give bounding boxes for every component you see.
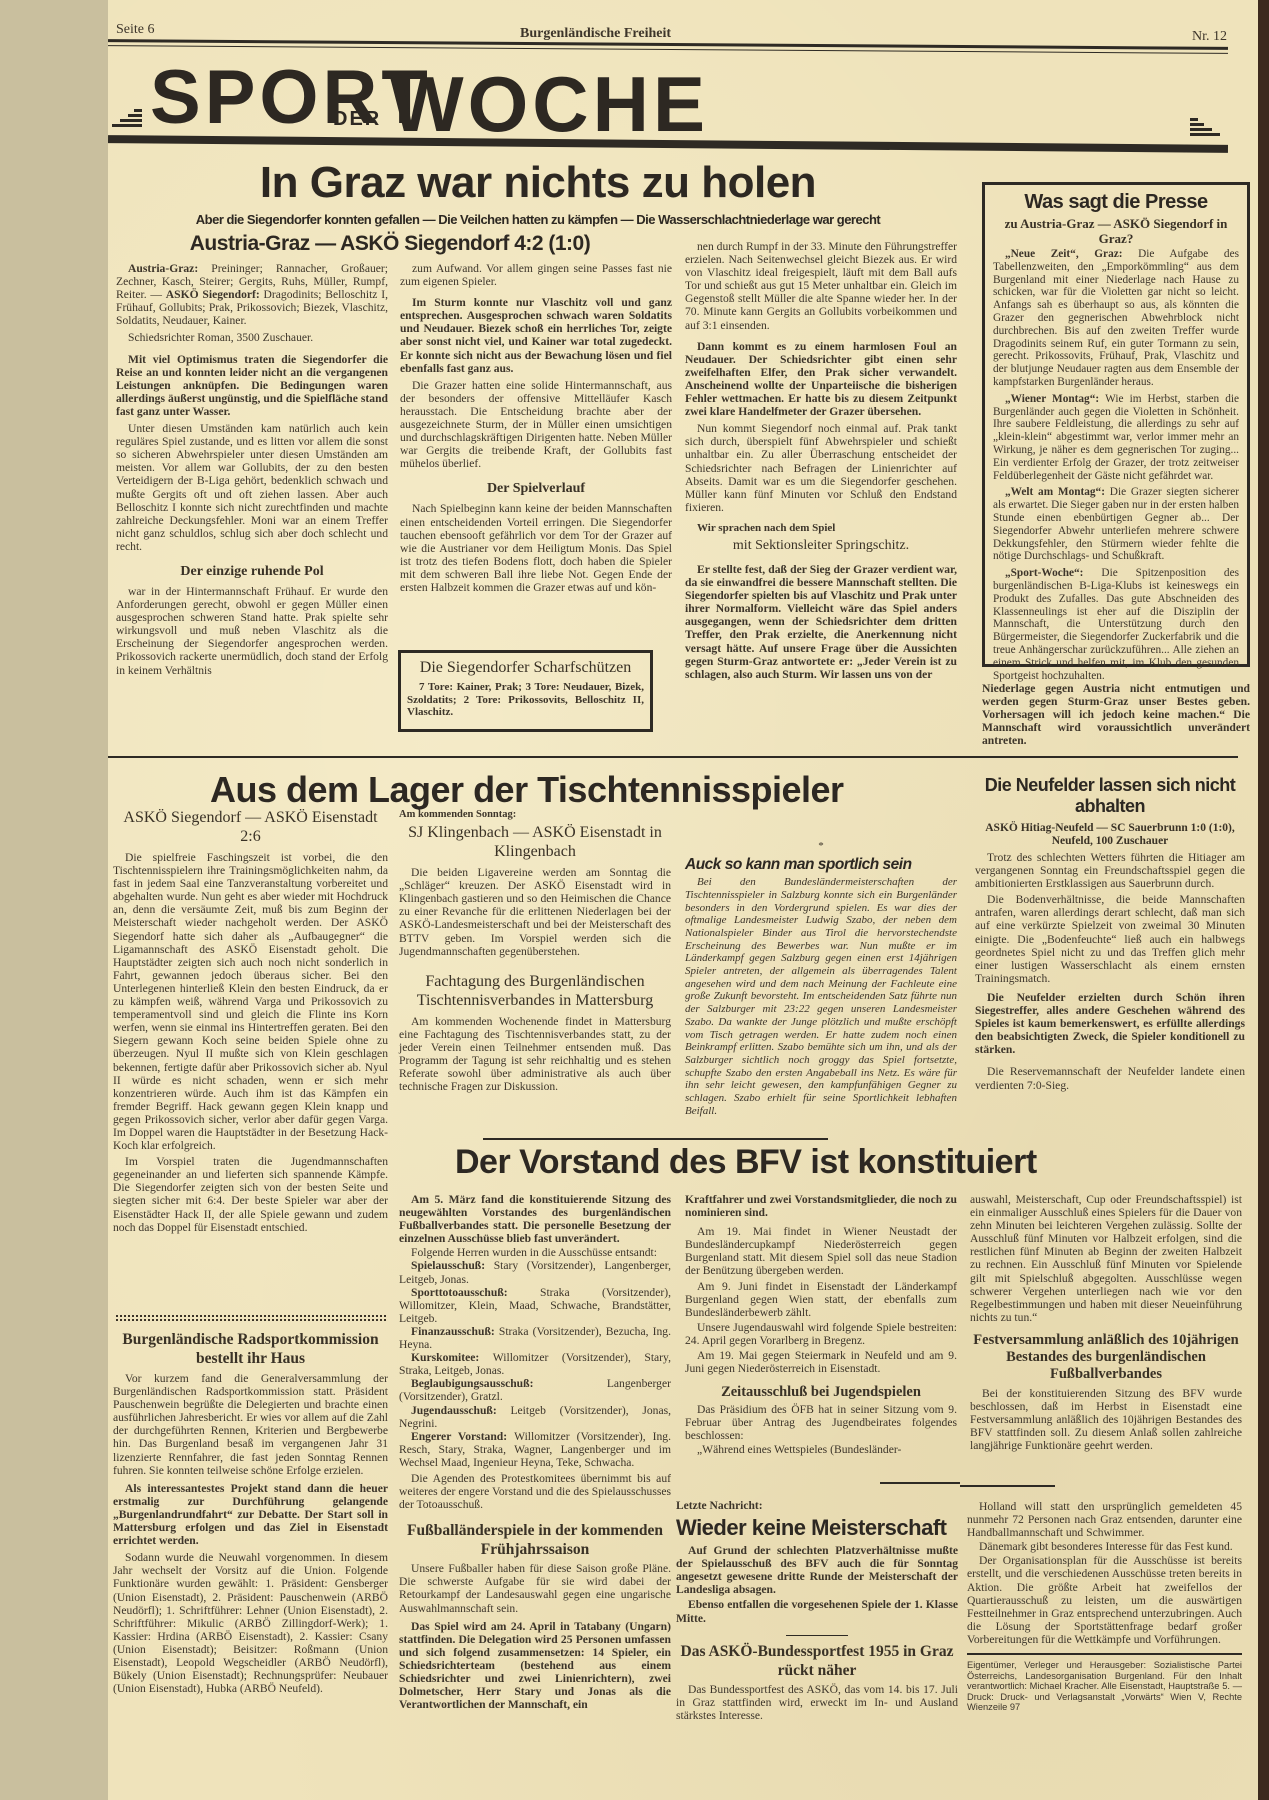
bfv-intro: Am 5. März fand die konstituierende Sitz… [399, 1193, 671, 1245]
latest-news-kicker: Letzte Nachricht: [676, 1500, 958, 1513]
zeit-title: Zeitausschluß bei Jugendspielen [685, 1383, 957, 1401]
laender-title: Fußballänderspiele in der kommenden Früh… [399, 1521, 671, 1559]
committee-entry: Sporttotoausschuß: Straka (Vorsitzender)… [399, 1286, 671, 1325]
committee-entry: Finanzausschuß: Straka (Vorsitzender), B… [399, 1325, 671, 1351]
banner-der: DER [333, 108, 381, 131]
radsport-p3: Sodann wurde die Neuwahl vorgenommen. In… [113, 1551, 388, 1695]
article-paragraph: war in der Hintermannschaft Frühauf. Er … [116, 585, 388, 677]
tt-a1-p2: Im Vorspiel traten die Jugendmannschafte… [113, 1155, 388, 1234]
scorers-box: Die Siegendorfer Scharfschützen 7 Tore: … [398, 650, 653, 732]
laender-p2: Das Spiel wird am 24. April in Tatabany … [399, 1620, 671, 1712]
lead-column-2: zum Aufwand. Vor allem gingen seine Pass… [400, 262, 672, 594]
bfv-column-1: Am 5. März fand die konstituierende Sitz… [399, 1193, 671, 1711]
lineup-paragraph: Austria-Graz: Preininger; Rannacher, Gro… [116, 262, 388, 327]
article-paragraph: Die Grazer hatten eine solide Hintermann… [400, 379, 672, 471]
section-subheading: mit Sektionsleiter Springschitz. [685, 537, 957, 555]
tt-a3-title: Fachtagung des Burgenländischen Tischten… [399, 972, 671, 1010]
askoe-fest-continued: Holland will statt den ursprünglich geme… [967, 1500, 1242, 1713]
latest-news: Letzte Nachricht: Wieder keine Meistersc… [676, 1500, 958, 1722]
press-quote: „Welt am Montag“: Die Grazer siegten sic… [993, 486, 1239, 563]
section-rule [108, 756, 1238, 758]
tt-a2-title: SJ Klingenbach — ASKÖ Eisenstadt in Klin… [399, 823, 671, 861]
article-paragraph: Schiedsrichter Roman, 3500 Zuschauer. [116, 331, 388, 344]
radsport-title: Burgenländische Radsportkommission beste… [113, 1330, 388, 1368]
neufeld-p1: Trotz des schlechten Wetters führten die… [975, 851, 1245, 890]
bfv-col2-p4: Unsere Jugendauswahl wird folgende Spiel… [685, 1321, 957, 1347]
latest-news-rule [786, 1635, 848, 1636]
press-title: Was sagt die Presse [993, 191, 1239, 214]
article-paragraph: Im Sturm konnte nur Vlaschitz voll und g… [400, 296, 672, 375]
tt-article-1: ASKÖ Siegendorf — ASKÖ Eisenstadt 2:6 Di… [113, 808, 388, 1234]
laender-p1: Unsere Fußballer haben für diese Saison … [399, 1562, 671, 1614]
lead-score-line: Austria-Graz — ASKÖ Siegendorf 4:2 (1:0) [110, 232, 670, 256]
press-quote-source: „Neue Zeit“, Graz: [1005, 248, 1138, 260]
fest-rule [960, 1485, 1055, 1487]
radsport-p2: Als interessantestes Projekt stand dann … [113, 1482, 388, 1547]
wavy-divider [116, 1315, 386, 1321]
askoe-fest-p3: Dänemark gibt besonderes Interesse für d… [967, 1540, 1242, 1553]
press-box: Was sagt die Presse zu Austria-Graz — AS… [982, 182, 1250, 667]
section-kicker: Wir sprachen nach dem Spiel [685, 522, 957, 535]
press-quote-source: „Wiener Montag“: [1005, 393, 1105, 405]
latest-news-p1: Auf Grund der schlechten Platzverhältnis… [676, 1544, 958, 1596]
bfv-committees: Spielausschuß: Stary (Vorsitzender), Lan… [399, 1259, 671, 1469]
tt-a1-title: ASKÖ Siegendorf — ASKÖ Eisenstadt 2:6 [113, 808, 388, 846]
section-heading: Der einzige ruhende Pol [116, 563, 388, 581]
committee-entry: Jugendausschuß: Leitgeb (Vorsitzender), … [399, 1404, 671, 1430]
committee-entry: Engerer Vorstand: Willomitzer (Vorsitzen… [399, 1430, 671, 1469]
article-paragraph: Unter diesen Umständen kam natürlich auc… [116, 422, 388, 553]
tt-article-4: * Auck so kann man sportlich sein Bei de… [685, 818, 957, 1117]
press-quote-source: „Sport-Woche“: [1005, 567, 1101, 579]
askoe-fest-title: Das ASKÖ-Bundessportfest 1955 in Graz rü… [676, 1642, 958, 1680]
scorers-text: 7 Tore: Kainer, Prak; 3 Tore: Neudauer, … [407, 681, 644, 719]
bfv-column-3: auswahl, Meisterschaft, Cup oder Freunds… [970, 1193, 1242, 1452]
press-quote-source: „Welt am Montag“: [1005, 486, 1110, 498]
lead-column-1: Austria-Graz: Preininger; Rannacher, Gro… [116, 262, 388, 677]
bfv-protest: Die Agenden des Protestkomitees übernimm… [399, 1472, 671, 1511]
press-quote: „Neue Zeit“, Graz: Die Aufgabe des Tabel… [993, 248, 1239, 389]
lead-headline: In Graz war nichts zu holen [108, 160, 968, 206]
radsport-article: Burgenländische Radsportkommission beste… [113, 1330, 388, 1695]
bfv-col2-p5: Am 19. Mai gegen Steiermark in Neufeld u… [685, 1349, 957, 1375]
tt-a4-title: Auck so kann man sportlich sein [685, 856, 957, 874]
separator-asterisk: * [685, 840, 957, 853]
bfv-col3-p1: auswahl, Meisterschaft, Cup oder Freunds… [970, 1193, 1242, 1324]
askoe-fest-p2: Holland will statt den ursprünglich geme… [967, 1500, 1242, 1539]
bfv-column-2: Kraftfahrer und zwei Vorstandsmitglieder… [685, 1193, 957, 1456]
scorers-title: Die Siegendorfer Scharfschützen [407, 659, 644, 677]
issue-number: Nr. 12 [1192, 30, 1227, 43]
imprint-rule [967, 1653, 1242, 1655]
latest-news-title: Wieder keine Meisterschaft [676, 1515, 958, 1541]
banner-steps-right [1190, 118, 1220, 136]
article-paragraph: Er stellte fest, daß der Sieg der Grazer… [685, 563, 957, 681]
tt-a1-p1: Die spielfreie Faschingszeit ist vorbei,… [113, 851, 388, 1152]
lead-column-3: nen durch Rumpf in der 33. Minute den Fü… [685, 240, 957, 681]
article-paragraph: zum Aufwand. Vor allem gingen seine Pass… [400, 262, 672, 288]
askoe-fest-p4: Der Organisationsplan für die Ausschüsse… [967, 1554, 1242, 1646]
banner-woche: WOCHE [390, 64, 709, 144]
zeit-p1: Das Präsidium des ÖFB hat in seiner Sitz… [685, 1403, 957, 1442]
zeit-rule [880, 1482, 960, 1484]
bfv-col2-p2: Am 19. Mai findet in Wiener Neustadt der… [685, 1225, 957, 1277]
bfv-headline: Der Vorstand des BFV ist konstituiert [455, 1143, 1037, 1181]
page-edge [1258, 0, 1269, 1800]
bfv-col2-p3: Am 9. Juni findet in Eisenstadt der Länd… [685, 1280, 957, 1319]
tt-a3-text: Am kommenden Wochenende findet in Matter… [399, 1015, 671, 1094]
lead-subheadline: Aber die Siegendorfer konnten gefallen —… [108, 212, 968, 227]
newspaper-name: Burgenländische Freiheit [520, 27, 671, 40]
article-paragraph: Mit viel Optimismus traten die Siegendor… [116, 353, 388, 418]
zeit-p2: „Während eines Wettspieles (Bundesländer… [685, 1443, 957, 1456]
tt-a2-kicker: Am kommenden Sonntag: [399, 808, 671, 821]
bfv-col2-p1: Kraftfahrer und zwei Vorstandsmitglieder… [685, 1193, 957, 1219]
neufeld-p2: Die Bodenverhältnisse, die beide Mannsch… [975, 893, 1245, 985]
article-paragraph: nen durch Rumpf in der 33. Minute den Fü… [685, 240, 957, 332]
tt-headline: Aus dem Lager der Tischtennisspieler [210, 770, 844, 810]
tt-a4-text: Bei den Bundesländermeisterschaften der … [685, 876, 957, 1117]
neufeld-p4: Die Reservemannschaft der Neufelder land… [975, 1065, 1245, 1091]
committee-entry: Kurskomitee: Willomitzer (Vorsitzender),… [399, 1351, 671, 1377]
neufeld-article: Die Neufelder lassen sich nicht abhalten… [975, 775, 1245, 1092]
article-paragraph: Dann kommt es zu einem harmlosen Foul an… [685, 340, 957, 419]
press-quote: „Wiener Montag“: Wie im Herbst, starben … [993, 393, 1239, 483]
banner-steps-left [112, 109, 142, 127]
section-heading: Der Spielverlauf [400, 480, 672, 498]
neufeld-title: Die Neufelder lassen sich nicht abhalten [975, 775, 1245, 817]
tt-article-2: Am kommenden Sonntag: SJ Klingenbach — A… [399, 808, 671, 1093]
lead-continuation: Niederlage gegen Austria nicht entmutige… [982, 682, 1250, 747]
press-subtitle: zu Austria-Graz — ASKÖ Siegendorf in Gra… [1003, 216, 1229, 246]
article-paragraph: Nun kommt Siegendorf noch einmal auf. Pr… [685, 422, 957, 514]
page-number: Seite 6 [116, 23, 155, 36]
bfv-lead-in: Folgende Herren wurden in die Ausschüsse… [399, 1246, 671, 1259]
fest-p: Bei der konstituierenden Sitzung des BFV… [970, 1387, 1242, 1452]
latest-news-p2: Ebenso entfallen die vorgesehenen Spiele… [676, 1598, 958, 1624]
radsport-p1: Vor kurzem fand die Generalversammlung d… [113, 1372, 388, 1477]
neufeld-subtitle: ASKÖ Hitiag-Neufeld — SC Sauerbrunn 1:0 … [975, 822, 1245, 848]
neufeld-p3: Die Neufelder erzielten durch Schön ihre… [975, 991, 1245, 1056]
tt-a2-text: Die beiden Ligavereine werden am Sonntag… [399, 866, 671, 958]
askoe-fest-p1: Das Bundessportfest des ASKÖ, das vom 14… [676, 1683, 958, 1722]
press-quote: „Sport-Woche“: Die Spitzenposition des b… [993, 567, 1239, 682]
committee-entry: Spielausschuß: Stary (Vorsitzender), Lan… [399, 1259, 671, 1285]
press-quotes: „Neue Zeit“, Graz: Die Aufgabe des Tabel… [993, 248, 1239, 682]
fest-title: Festversammlung anläßlich des 10jährigen… [970, 1332, 1242, 1383]
imprint: Eigentümer, Verleger und Herausgeber: So… [967, 1660, 1242, 1713]
article-paragraph: Nach Spielbeginn kann keine der beiden M… [400, 502, 672, 594]
bfv-rule [483, 1138, 828, 1140]
committee-entry: Beglaubigungsausschuß: Langenberger (Vor… [399, 1377, 671, 1403]
